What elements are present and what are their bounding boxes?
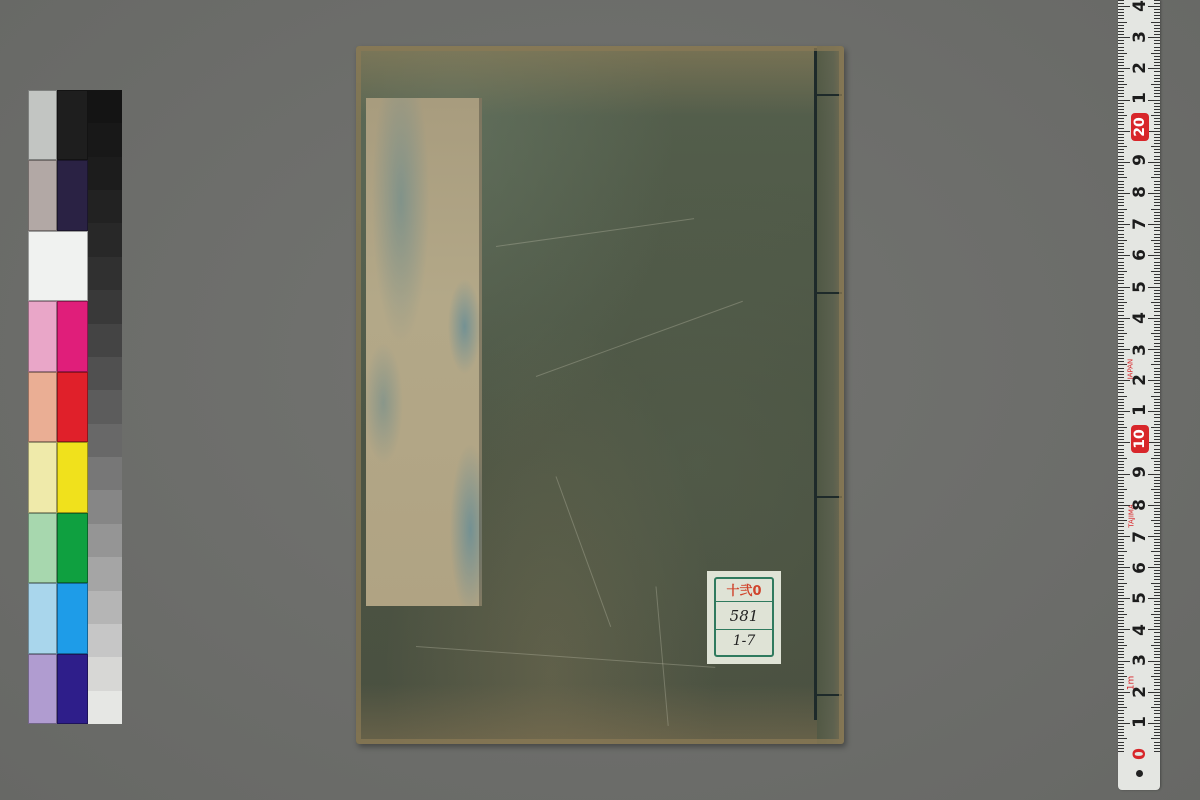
ruler-tick: [1154, 455, 1160, 456]
ruler-tick: [1118, 436, 1124, 437]
ruler-tick: [1118, 495, 1124, 496]
ruler-tick: [1154, 336, 1160, 337]
ruler-tick: [1118, 255, 1130, 256]
ruler-tick: [1118, 470, 1124, 471]
ruler-tick: [1118, 75, 1124, 76]
ruler-tick: [1154, 595, 1160, 596]
ruler-tick: [1118, 399, 1124, 400]
ruler-tick: [1154, 695, 1160, 696]
ruler-tick: [1154, 651, 1160, 652]
ruler-tick: [1154, 632, 1160, 633]
ruler-tick: [1154, 368, 1160, 369]
ruler-tick: [1154, 171, 1160, 172]
ruler-tick: [1118, 424, 1124, 425]
ruler-tick: [1154, 324, 1160, 325]
ruler-tick: [1154, 339, 1160, 340]
ruler-tick: [1154, 517, 1160, 518]
ruler-tick: [1118, 576, 1124, 577]
ruler-number: 1: [1130, 708, 1150, 736]
ruler-tick: [1154, 59, 1160, 60]
ruler-tick: [1154, 134, 1160, 135]
ruler-tick: [1118, 689, 1124, 690]
ruler-tick: [1154, 748, 1160, 749]
ruler-tick: [1118, 218, 1124, 219]
ruler-tick: [1118, 508, 1124, 509]
ruler-tick: [1118, 9, 1124, 10]
ruler-tick: [1118, 40, 1124, 41]
ruler-tick: [1154, 106, 1160, 107]
ruler-tick: [1151, 53, 1160, 54]
ruler-tick: [1154, 642, 1160, 643]
color-patch-light: [28, 583, 57, 653]
ruler-tick: [1118, 498, 1124, 499]
ruler-tick: [1151, 146, 1160, 147]
ruler-tick: [1118, 455, 1124, 456]
ruler-tick: [1118, 131, 1130, 132]
ruler-tick: [1154, 564, 1160, 565]
ruler-tick: [1118, 274, 1124, 275]
ruler-tick: [1151, 240, 1160, 241]
ruler-tick: [1154, 268, 1160, 269]
ruler-tick: [1118, 349, 1130, 350]
ruler-tick: [1154, 109, 1160, 110]
ruler-tick: [1154, 143, 1160, 144]
ruler-tick: [1118, 632, 1124, 633]
ruler-tick: [1118, 37, 1130, 38]
ruler-tick: [1154, 732, 1160, 733]
ruler-tick: [1154, 308, 1160, 309]
ruler-tick: [1154, 358, 1160, 359]
ruler-tick: [1118, 526, 1124, 527]
ruler-tick: [1154, 18, 1160, 19]
ruler-tick: [1118, 536, 1130, 537]
color-patch-light: [28, 90, 57, 160]
ruler-tick: [1118, 53, 1127, 54]
ruler-tick: [1118, 103, 1124, 104]
ruler-tick: [1118, 221, 1124, 222]
ruler-tick: [1118, 433, 1124, 434]
ruler-tick: [1118, 642, 1124, 643]
ruler-tick: [1118, 330, 1124, 331]
ruler-tick: [1118, 146, 1127, 147]
gray-scale-step: [88, 557, 122, 591]
ruler-tick: [1154, 152, 1160, 153]
ruler-tick: [1118, 408, 1124, 409]
ruler-tick: [1118, 573, 1124, 574]
ruler-tick: [1154, 93, 1160, 94]
gray-scale-step: [88, 190, 122, 224]
ruler-tick: [1154, 121, 1160, 122]
ruler-tick: [1154, 654, 1160, 655]
ruler-tick: [1118, 305, 1124, 306]
ruler-tick: [1118, 701, 1124, 702]
ruler-tick: [1154, 461, 1160, 462]
ruler-tick: [1118, 486, 1124, 487]
ruler-number: 3: [1130, 646, 1150, 674]
ruler-tick: [1118, 124, 1124, 125]
ruler-tick: [1154, 190, 1160, 191]
ruler-tick: [1154, 735, 1160, 736]
gray-scale-step: [88, 624, 122, 658]
ruler-tick: [1154, 227, 1160, 228]
ruler-tick: [1154, 449, 1160, 450]
ruler-tick: [1118, 262, 1124, 263]
ruler-tick: [1154, 445, 1160, 446]
ruler-tick: [1154, 670, 1160, 671]
ruler-tick: [1118, 483, 1124, 484]
ruler-tick: [1118, 411, 1130, 412]
ruler-tick: [1154, 352, 1160, 353]
ruler-tick: [1154, 648, 1160, 649]
ruler-tick: [1154, 657, 1160, 658]
ruler-tick: [1154, 184, 1160, 185]
ruler-tick: [1118, 427, 1127, 428]
ruler-tick: [1154, 573, 1160, 574]
ruler-tick: [1118, 692, 1130, 693]
ruler-tick: [1151, 177, 1160, 178]
ruler-tick: [1118, 679, 1124, 680]
ruler-tick: [1118, 100, 1130, 101]
ruler-tick: [1154, 262, 1160, 263]
ruler-tick: [1154, 118, 1160, 119]
ruler-tick: [1154, 464, 1160, 465]
ruler-tick: [1118, 128, 1124, 129]
ruler-tick: [1118, 193, 1130, 194]
ruler-tick: [1154, 392, 1160, 393]
ruler-tick: [1154, 90, 1160, 91]
ruler-tick: [1154, 558, 1160, 559]
ruler-tick: [1154, 636, 1160, 637]
library-call-number-label: 十弐0 581 1-7: [707, 571, 781, 664]
ruler-tick: [1118, 371, 1124, 372]
ruler-tick: [1118, 517, 1124, 518]
color-patch-saturated: [57, 654, 88, 724]
ruler-tick: [1151, 458, 1160, 459]
ruler-tick: [1154, 290, 1160, 291]
ruler-tick: [1154, 470, 1160, 471]
ruler-tick: [1118, 682, 1124, 683]
ruler-tick: [1118, 698, 1124, 699]
ruler-tick: [1154, 181, 1160, 182]
ruler-tick: [1118, 592, 1124, 593]
ruler-tick: [1154, 713, 1160, 714]
ruler-tick: [1118, 386, 1124, 387]
ruler-tick: [1154, 601, 1160, 602]
ruler-tick: [1154, 174, 1160, 175]
ruler-tick: [1154, 483, 1160, 484]
ruler-tick: [1154, 3, 1160, 4]
ruler-tick: [1118, 368, 1124, 369]
ruler-tick: [1118, 31, 1124, 32]
ruler-tick: [1154, 343, 1160, 344]
ruler-number: 5: [1130, 584, 1150, 612]
ruler-tick: [1154, 28, 1160, 29]
ruler-tick: [1118, 742, 1124, 743]
ruler-tick: [1118, 343, 1124, 344]
ruler-tick: [1154, 218, 1160, 219]
ruler-tick: [1118, 489, 1127, 490]
ruler-tick: [1118, 657, 1124, 658]
gray-scale-step: [88, 657, 122, 691]
gray-scale-step: [88, 357, 122, 391]
ruler-tick: [1154, 243, 1160, 244]
ruler-tick: [1154, 62, 1160, 63]
ruler-tick: [1118, 59, 1124, 60]
ruler-tick: [1118, 614, 1127, 615]
ruler-tick: [1154, 623, 1160, 624]
measuring-tape: JAPAN TAJIMA 1m 432120987654321109876543…: [1118, 0, 1160, 790]
ruler-tick: [1118, 106, 1124, 107]
ruler-tick: [1118, 623, 1124, 624]
ruler-tick: [1154, 15, 1160, 16]
ruler-tick: [1118, 28, 1124, 29]
ruler-tick: [1154, 50, 1160, 51]
ruler-number: 10: [1131, 425, 1149, 453]
ruler-tick: [1154, 701, 1160, 702]
label-line-2: 581: [716, 607, 772, 625]
color-patch-light: [28, 513, 57, 583]
ruler-tick: [1154, 436, 1160, 437]
ruler-tick: [1118, 277, 1124, 278]
ruler-tick: [1118, 56, 1124, 57]
ruler-tick: [1154, 31, 1160, 32]
ruler-tick: [1118, 121, 1124, 122]
ruler-tick: [1154, 608, 1160, 609]
gray-scale-step: [88, 223, 122, 257]
ruler-tick: [1118, 389, 1124, 390]
ruler-number: 7: [1130, 210, 1150, 238]
ruler-tick: [1154, 47, 1160, 48]
ruler-tick: [1151, 22, 1160, 23]
ruler-tick: [1154, 533, 1160, 534]
ruler-tick: [1154, 124, 1160, 125]
ruler-tick: [1118, 140, 1124, 141]
ruler-tick: [1154, 726, 1160, 727]
ruler-tick: [1118, 3, 1124, 4]
ruler-tick: [1154, 542, 1160, 543]
ruler-tick: [1154, 140, 1160, 141]
ruler-tick: [1154, 137, 1160, 138]
ruler-tick: [1154, 346, 1160, 347]
ruler-tick: [1118, 240, 1127, 241]
ruler-tick: [1118, 729, 1124, 730]
ruler-tick: [1118, 670, 1124, 671]
ruler-tick: [1148, 442, 1160, 443]
ruler-tick: [1118, 726, 1124, 727]
ruler-tick: [1148, 131, 1160, 132]
ruler-tick: [1154, 9, 1160, 10]
ruler-tick: [1118, 474, 1130, 475]
ruler-tick: [1118, 118, 1124, 119]
ruler-tick: [1154, 679, 1160, 680]
ruler-tick: [1154, 202, 1160, 203]
ruler-tick: [1118, 15, 1124, 16]
ruler-tick: [1118, 358, 1124, 359]
ruler-tick: [1118, 695, 1124, 696]
ruler-tick: [1154, 212, 1160, 213]
ruler-tick: [1118, 152, 1124, 153]
ruler-tick: [1118, 302, 1127, 303]
ruler-tick: [1118, 311, 1124, 312]
ruler-tick: [1118, 34, 1124, 35]
color-patch-light: [28, 442, 57, 512]
gray-scale-step: [88, 424, 122, 458]
ruler-tick: [1154, 12, 1160, 13]
ruler-tick: [1118, 583, 1127, 584]
ruler-tick: [1154, 386, 1160, 387]
ruler-tick: [1118, 115, 1127, 116]
ruler-tick: [1118, 230, 1124, 231]
ruler-tick: [1118, 87, 1124, 88]
ruler-tick: [1154, 128, 1160, 129]
ruler-tick: [1118, 533, 1124, 534]
ruler-tick: [1118, 673, 1124, 674]
ruler-tick: [1154, 689, 1160, 690]
ruler-tick: [1118, 156, 1124, 157]
ruler-tick: [1118, 168, 1124, 169]
ruler-tick: [1154, 561, 1160, 562]
ruler-tick: [1154, 430, 1160, 431]
ruler-tick: [1118, 336, 1124, 337]
ruler-tick: [1118, 748, 1124, 749]
ruler-tick: [1154, 492, 1160, 493]
ruler-tick: [1118, 445, 1124, 446]
ruler-tick: [1118, 417, 1124, 418]
ruler-tick: [1154, 586, 1160, 587]
ruler-number: 2: [1130, 678, 1150, 706]
ruler-tick: [1118, 377, 1124, 378]
ruler-tick: [1118, 738, 1127, 739]
ruler-tick: [1118, 283, 1124, 284]
ruler-tick: [1118, 704, 1124, 705]
ruler-tick: [1154, 187, 1160, 188]
ruler-tick: [1154, 439, 1160, 440]
ruler-tick: [1118, 598, 1130, 599]
ruler-tick: [1118, 96, 1124, 97]
ruler-tick: [1118, 227, 1124, 228]
ruler-tick: [1154, 477, 1160, 478]
ruler-tick: [1154, 682, 1160, 683]
ruler-tick: [1154, 81, 1160, 82]
ruler-number: 4: [1130, 0, 1150, 20]
ruler-tick: [1118, 720, 1124, 721]
ruler-tick: [1154, 480, 1160, 481]
ruler-tick: [1154, 43, 1160, 44]
ruler-tick: [1154, 283, 1160, 284]
ruler-tick: [1154, 371, 1160, 372]
ruler-tick: [1154, 383, 1160, 384]
ruler-number: 4: [1130, 616, 1150, 644]
ruler-tick: [1151, 676, 1160, 677]
ruler-tick: [1118, 676, 1127, 677]
ruler-tick: [1154, 698, 1160, 699]
ruler-tick: [1118, 392, 1124, 393]
ruler-tick: [1118, 564, 1124, 565]
ruler-tick: [1118, 530, 1124, 531]
ruler-tick: [1118, 143, 1124, 144]
ruler-tick: [1154, 196, 1160, 197]
ruler-tick: [1151, 551, 1160, 552]
ruler-tick: [1118, 667, 1124, 668]
ruler-tick: [1118, 664, 1124, 665]
ruler-tick: [1154, 296, 1160, 297]
ruler-number: 5: [1130, 273, 1150, 301]
ruler-tick: [1118, 361, 1124, 362]
ruler-tick: [1118, 293, 1124, 294]
ruler-tick: [1154, 495, 1160, 496]
ruler-tick: [1151, 707, 1160, 708]
ruler-tick: [1154, 156, 1160, 157]
ruler-tick: [1154, 685, 1160, 686]
ruler-tick: [1118, 542, 1124, 543]
ruler-tick: [1154, 327, 1160, 328]
ruler-tick: [1154, 374, 1160, 375]
color-patch-saturated: [57, 583, 88, 653]
ruler-tick: [1118, 561, 1124, 562]
ruler-tick: [1154, 56, 1160, 57]
ruler-tick: [1118, 626, 1124, 627]
gray-scale-step: [88, 591, 122, 625]
ruler-tick: [1154, 355, 1160, 356]
ruler-tick: [1151, 645, 1160, 646]
ruler-tick: [1118, 321, 1124, 322]
label-line-1: 十弐0: [716, 580, 772, 599]
ruler-tick: [1118, 237, 1124, 238]
ruler-tick: [1118, 62, 1124, 63]
ruler-tick: [1154, 592, 1160, 593]
color-patch-saturated: [57, 442, 88, 512]
ruler-tick: [1118, 461, 1124, 462]
ruler-tick: [1154, 199, 1160, 200]
ruler-tick: [1118, 579, 1124, 580]
gray-scale-step: [88, 457, 122, 491]
ruler-tick: [1118, 383, 1124, 384]
ruler-tick: [1154, 258, 1160, 259]
ruler-tick: [1118, 346, 1124, 347]
ruler-number: 20: [1131, 113, 1149, 141]
ruler-tick: [1118, 735, 1124, 736]
ruler-tick: [1154, 530, 1160, 531]
ruler-tick: [1118, 558, 1124, 559]
ruler-tick: [1118, 308, 1124, 309]
ruler-tick: [1118, 685, 1124, 686]
ruler-tick: [1151, 583, 1160, 584]
ruler-tick: [1118, 405, 1124, 406]
ruler-tick: [1154, 87, 1160, 88]
ruler-tick: [1154, 548, 1160, 549]
ruler-tick: [1154, 75, 1160, 76]
ruler-tick: [1154, 720, 1160, 721]
ruler-tick: [1154, 408, 1160, 409]
ruler-tick: [1118, 243, 1124, 244]
ruler-tick: [1154, 71, 1160, 72]
ruler-tick: [1118, 90, 1124, 91]
ruler-tick: [1154, 502, 1160, 503]
ruler-tick: [1118, 430, 1124, 431]
ruler-tick: [1118, 209, 1127, 210]
ruler-tick: [1118, 520, 1127, 521]
ruler-tick: [1118, 514, 1124, 515]
ruler-tick: [1154, 246, 1160, 247]
color-patch-saturated: [57, 372, 88, 442]
ruler-tick: [1118, 68, 1130, 69]
ruler-number: 6: [1130, 241, 1150, 269]
ruler-tick: [1118, 608, 1124, 609]
ruler-tick: [1154, 405, 1160, 406]
ruler-tick: [1118, 548, 1124, 549]
ruler-tick: [1118, 78, 1124, 79]
ruler-tick: [1154, 539, 1160, 540]
